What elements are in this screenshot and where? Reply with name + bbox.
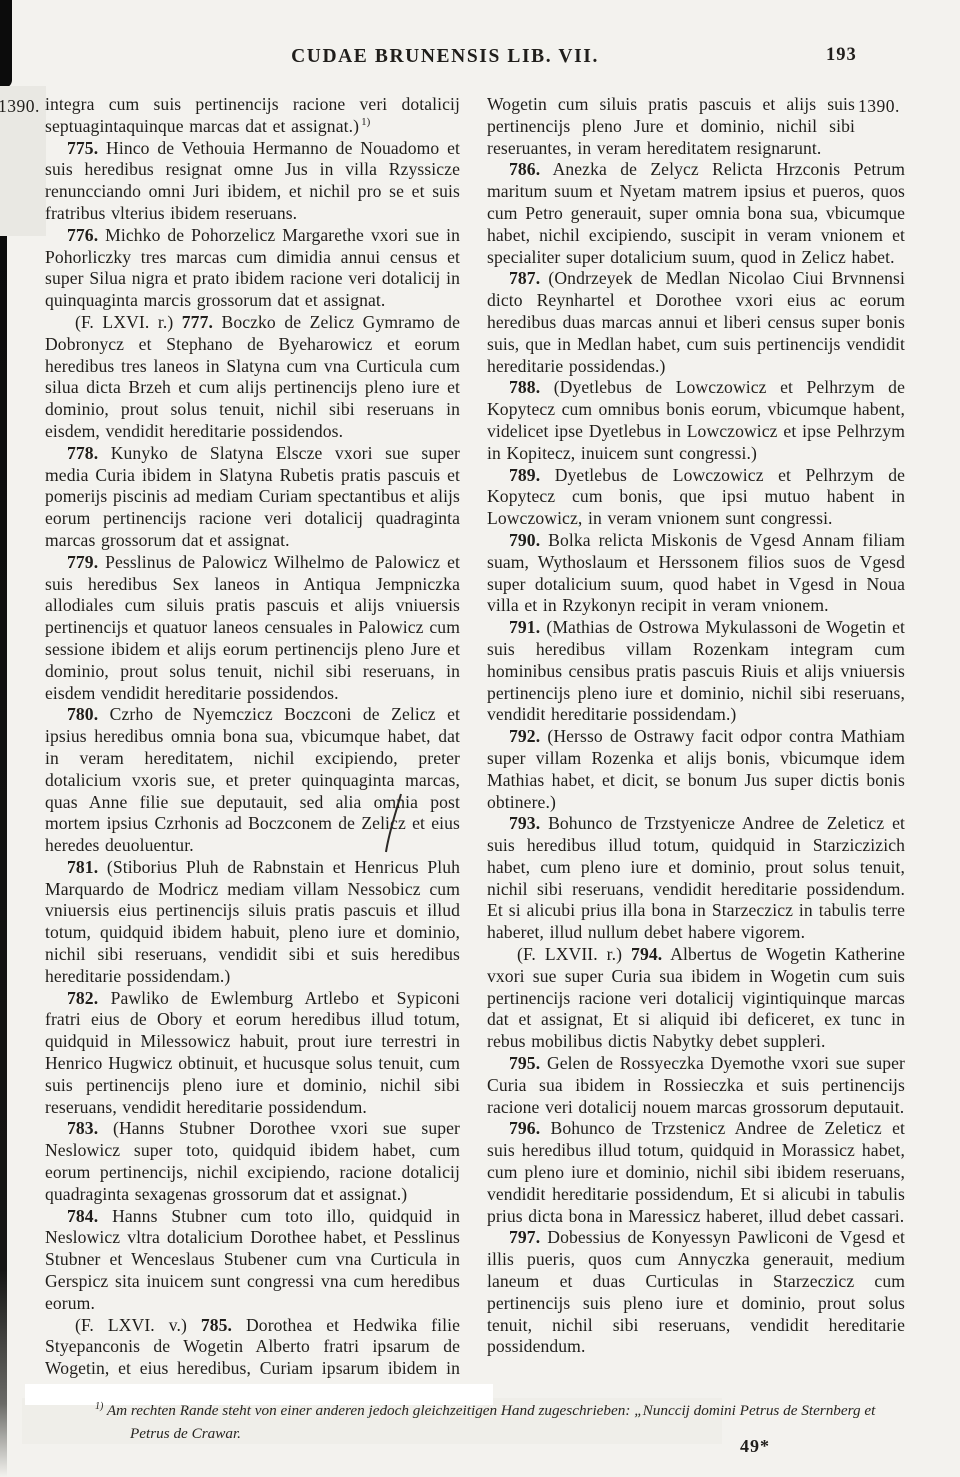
entry-number: 782. [67, 988, 98, 1008]
entry-text: Bohunco de Trzstyenicze Andree de Zeleti… [487, 813, 905, 942]
entry-number: 780. [67, 704, 98, 724]
footnote-ref: 1) [361, 116, 370, 128]
entry-text: Bolka relicta Miskonis de Vgesd Annam fi… [487, 530, 905, 615]
entry-text: (Dyetlebus de Lowczowicz et Pelhrzym de … [487, 377, 905, 462]
left-column: integra cum suis pertinencijs racione ve… [45, 94, 460, 1380]
entry-text: Anezka de Zelycz Relicta Hrzconis Petrum… [487, 159, 905, 266]
entry-text: Gelen de Rossyeczka Dyemothe vxori sue s… [487, 1053, 905, 1117]
entry-797: 797. Dobessius de Konyessyn Pawliconi de… [487, 1227, 905, 1358]
entry-number: 785. [201, 1315, 232, 1335]
entry-continuation: integra cum suis pertinencijs racione ve… [45, 94, 460, 138]
folio-reference: (F. LXVI. r.) [75, 312, 173, 332]
entry-number: 783. [67, 1118, 98, 1138]
entry-783: 783. (Hanns Stubner Dorothee vxori sue s… [45, 1118, 460, 1205]
entry-number: 788. [509, 377, 540, 397]
entry-793: 793. Bohunco de Trzstyenicze Andree de Z… [487, 813, 905, 944]
entry-number: 786. [509, 159, 540, 179]
entry-text: (Hersso de Ostrawy facit odpor contra Ma… [487, 726, 905, 811]
entry-text: (Stiborius Pluh de Rabnstain et Henricus… [45, 857, 460, 986]
entry-text: Hinco de Vethouia Hermanno de Nouadomo e… [45, 138, 460, 223]
entry-text: Bohunco de Trzstenicz Andree de Zeleticz… [487, 1118, 905, 1225]
entry-number: 797. [509, 1227, 540, 1247]
entry-number: 794. [631, 944, 662, 964]
entry-continuation: Wogetin cum siluis pratis pascuis et ali… [487, 94, 905, 159]
entry-787: 787. (Ondrzeyek de Medlan Nicolao Ciui B… [487, 268, 905, 377]
signature-mark: 49* [740, 1436, 770, 1457]
entry-text: Hanns Stubner cum toto illo, quidquid in… [45, 1206, 460, 1313]
entry-text: Pawliko de Ewlemburg Artlebo et Sypiconi… [45, 988, 460, 1117]
entry-text: (Ondrzeyek de Medlan Nicolao Ciui Brvnne… [487, 268, 905, 375]
entry-790: 790. Bolka relicta Miskonis de Vgesd Ann… [487, 530, 905, 617]
entry-779: 779. Pesslinus de Palowicz Wilhelmo de P… [45, 552, 460, 705]
entry-number: 796. [509, 1118, 540, 1138]
entry-number: 793. [509, 813, 540, 833]
entry-number: 775. [67, 138, 98, 158]
entry-784: 784. Hanns Stubner cum toto illo, quidqu… [45, 1206, 460, 1315]
entry-number: 787. [509, 268, 540, 288]
entry-795: 795. Gelen de Rossyeczka Dyemothe vxori … [487, 1053, 905, 1118]
entry-number: 779. [67, 552, 98, 572]
entry-number: 777. [182, 312, 213, 332]
entry-text: Dyetlebus de Lowczowicz et Pelhrzym de K… [487, 465, 905, 529]
entry-786: 786. Anezka de Zelycz Relicta Hrzconis P… [487, 159, 905, 268]
entry-text: Dobessius de Konyessyn Pawliconi de Vges… [487, 1227, 905, 1356]
book-page-scan: CUDAE BRUNENSIS LIB. VII. 193 1390. 1390… [0, 0, 960, 1477]
entry-778: 778. Kunyko de Slatyna Elscze vxori sue … [45, 443, 460, 552]
entry-number: 791. [509, 617, 540, 637]
entry-785: (F. LXVI. v.) 785. Dorothea et Hedwika f… [45, 1315, 460, 1380]
entry-number: 792. [509, 726, 540, 746]
entry-number: 789. [509, 465, 540, 485]
entry-788: 788. (Dyetlebus de Lowczowicz et Pelhrzy… [487, 377, 905, 464]
entry-text: Pesslinus de Palowicz Wilhelmo de Palowi… [45, 552, 460, 703]
margin-year-left: 1390. [0, 96, 40, 117]
scan-edge-shadow-top [0, 0, 12, 88]
running-title: CUDAE BRUNENSIS LIB. VII. [0, 46, 890, 68]
entry-789: 789. Dyetlebus de Lowczowicz et Pelhrzym… [487, 465, 905, 530]
entry-777: (F. LXVI. r.) 777. Boczko de Zelicz Gymr… [45, 312, 460, 443]
entry-794: (F. LXVII. r.) 794. Albertus de Wogetin … [487, 944, 905, 1053]
entry-text: (Mathias de Ostrowa Mykulassoni de Woget… [487, 617, 905, 724]
entry-number: 790. [509, 530, 540, 550]
entry-796: 796. Bohunco de Trzstenicz Andree de Zel… [487, 1118, 905, 1227]
entry-number: 776. [67, 225, 98, 245]
footnote-marker: 1) [95, 1401, 103, 1412]
scan-stray-pen-mark [384, 792, 404, 859]
page-number: 193 [826, 45, 857, 66]
entry-text: Kunyko de Slatyna Elscze vxori sue super… [45, 443, 460, 550]
entry-number: 784. [67, 1206, 98, 1226]
entry-792: 792. (Hersso de Ostrawy facit odpor cont… [487, 726, 905, 813]
folio-reference: (F. LXVII. r.) [517, 944, 622, 964]
footnote: 1) Am rechten Rande steht von einer ande… [95, 1400, 910, 1445]
entry-791: 791. (Mathias de Ostrowa Mykulassoni de … [487, 617, 905, 726]
folio-reference: (F. LXVI. v.) [75, 1315, 187, 1335]
entry-776: 776. Michko de Pohorzelicz Margarethe vx… [45, 225, 460, 312]
right-column: Wogetin cum siluis pratis pascuis et ali… [487, 94, 905, 1358]
entry-number: 781. [67, 857, 98, 877]
entry-781: 781. (Stiborius Pluh de Rabnstain et Hen… [45, 857, 460, 988]
entry-text: (Hanns Stubner Dorothee vxori sue super … [45, 1118, 460, 1203]
entry-number: 795. [509, 1053, 540, 1073]
entry-775: 775. Hinco de Vethouia Hermanno de Nouad… [45, 138, 460, 225]
entry-text: Michko de Pohorzelicz Margarethe vxori s… [45, 225, 460, 310]
entry-number: 778. [67, 443, 98, 463]
entry-text: integra cum suis pertinencijs racione ve… [45, 94, 460, 136]
entry-text: Wogetin cum siluis pratis pascuis et ali… [487, 94, 855, 158]
entry-782: 782. Pawliko de Ewlemburg Artlebo et Syp… [45, 988, 460, 1119]
